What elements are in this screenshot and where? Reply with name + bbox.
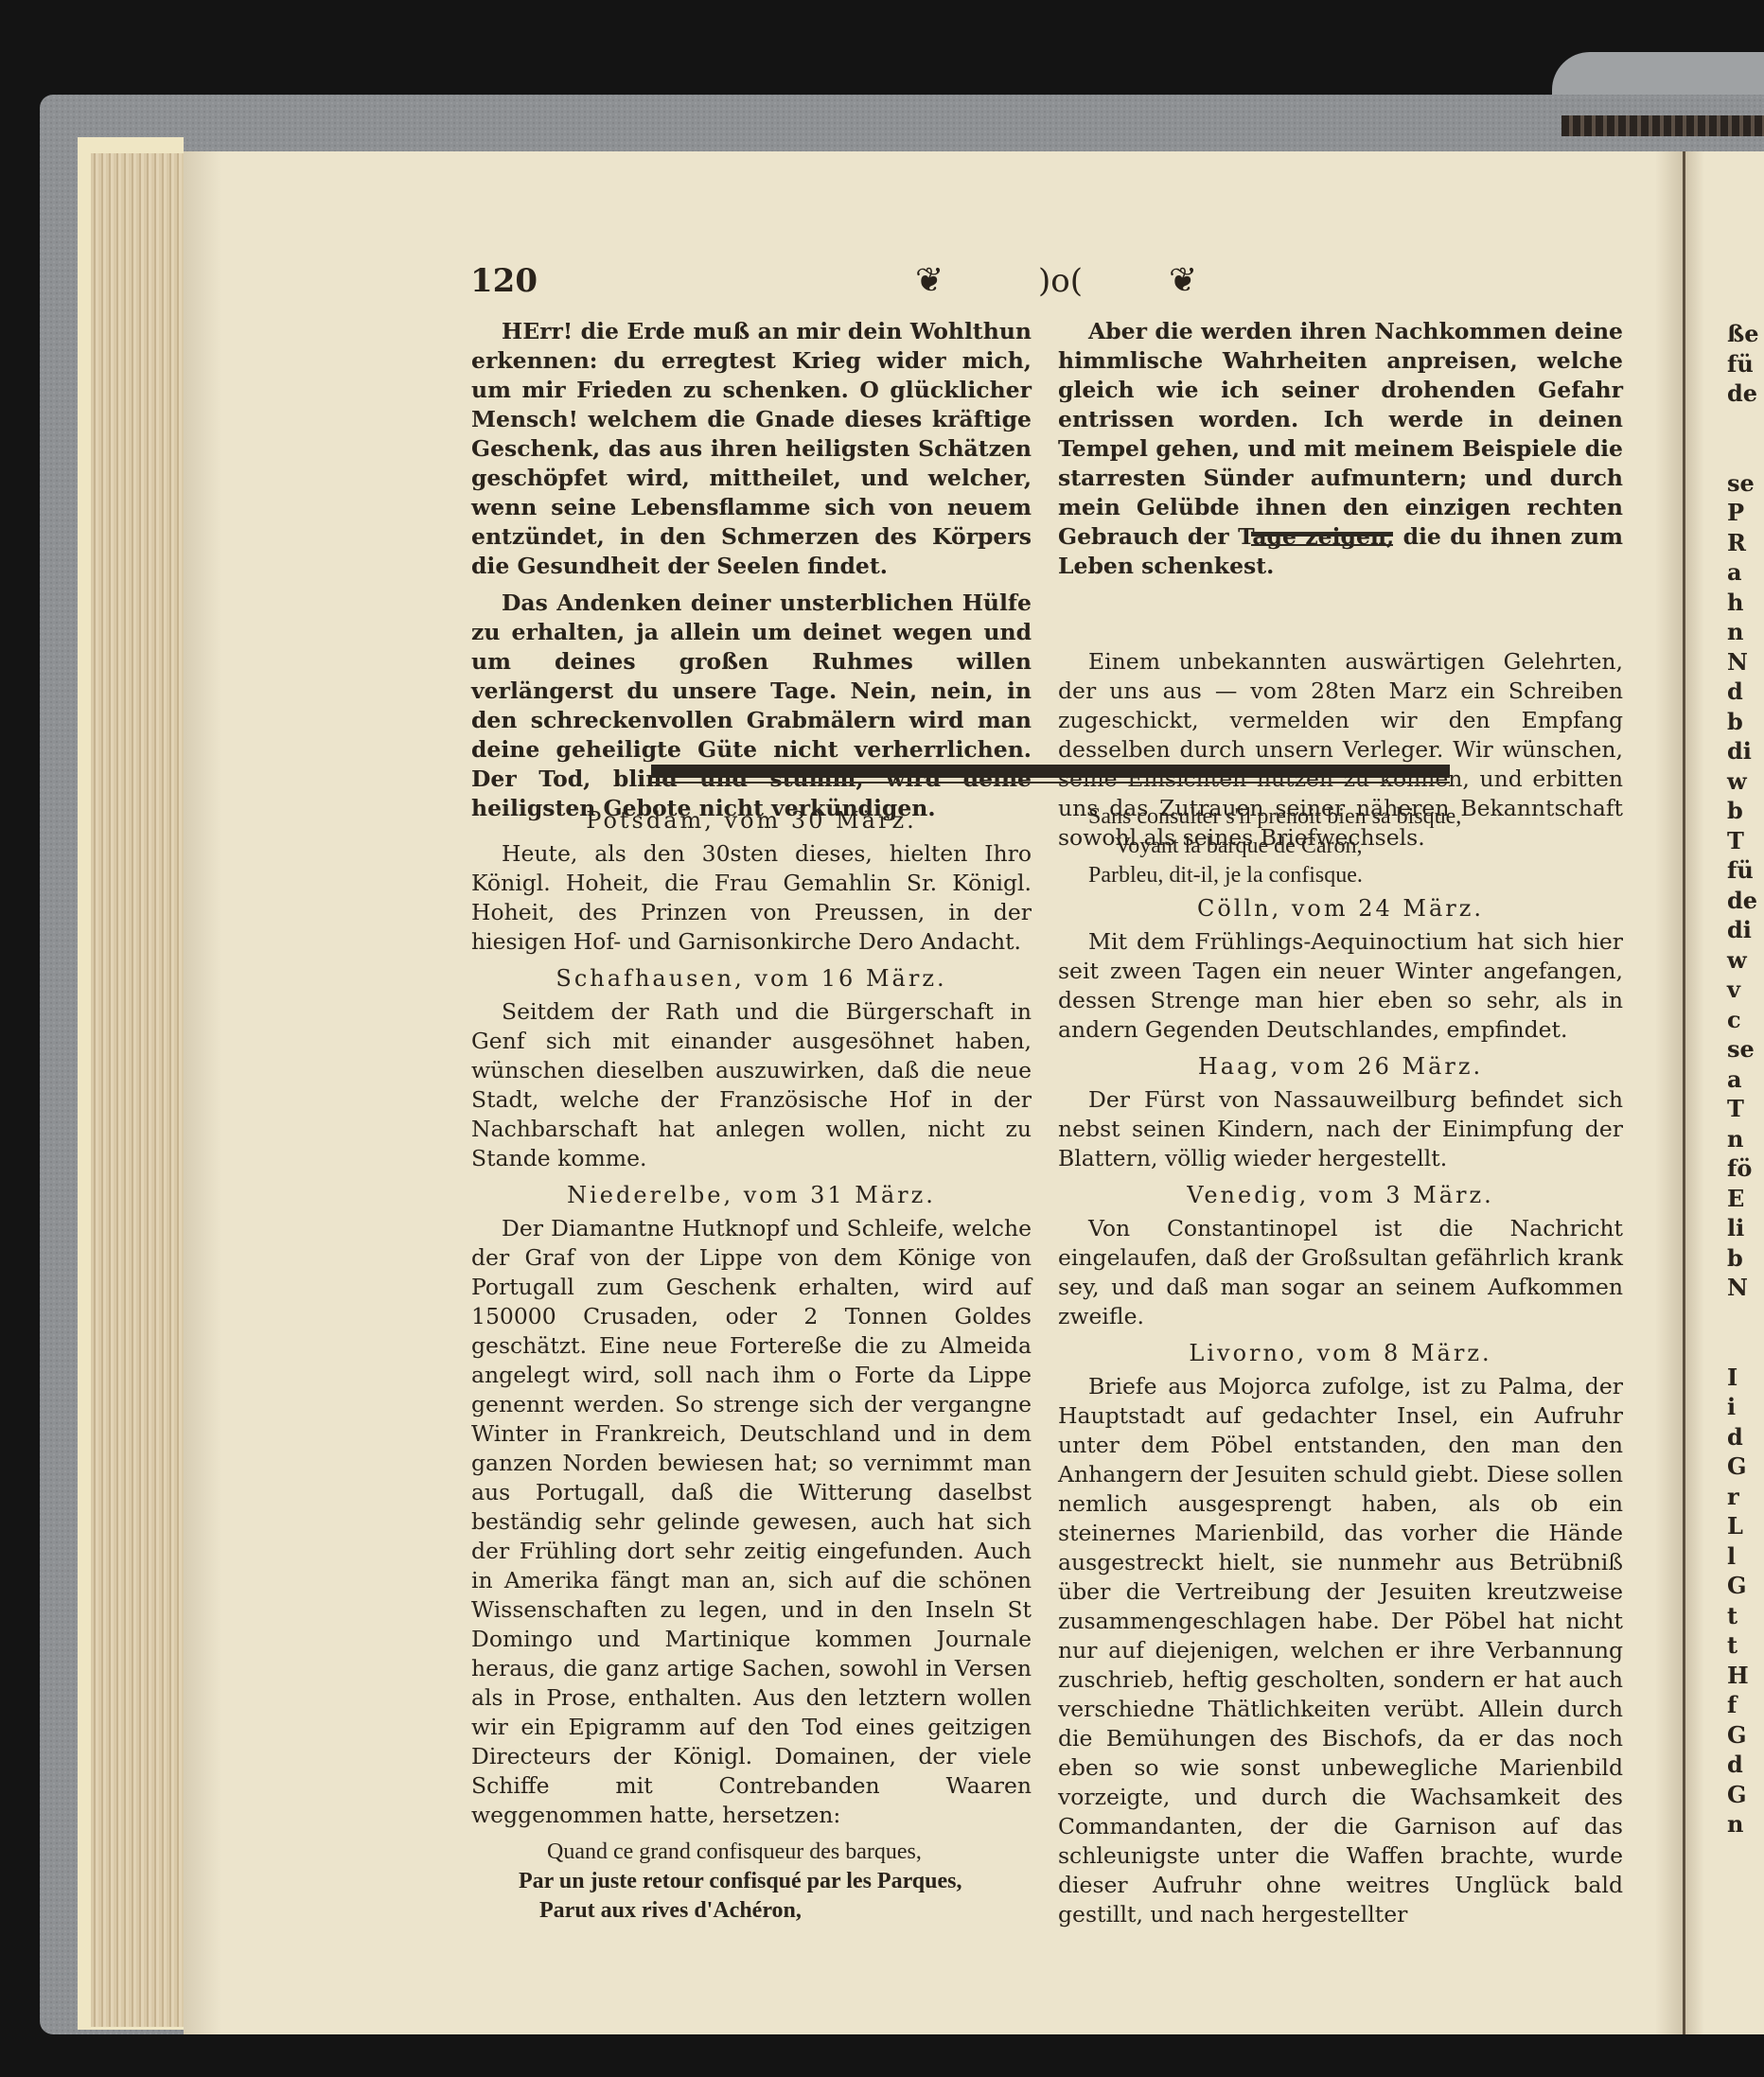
verse-line: Parbleu, dit-il, je la confisque.: [1058, 861, 1623, 890]
dateline-niederelbe: Niederelbe, vom 31 März.: [471, 1181, 1032, 1210]
facing-page-fragment: a: [1727, 1065, 1742, 1093]
dateline-haag: Haag, vom 26 März.: [1058, 1052, 1623, 1082]
facing-page-fragment: G: [1727, 1452, 1747, 1480]
section-divider-thin: [651, 782, 1450, 783]
facing-page-fragment: de: [1727, 887, 1757, 914]
dateline-potsdam: Potsdam, vom 30 März.: [471, 806, 1032, 836]
news-item: Briefe aus Mojorca zufolge, ist zu Palma…: [1058, 1372, 1623, 1929]
facing-page-fragment: H: [1727, 1662, 1749, 1689]
facing-page-fragment: b: [1727, 797, 1743, 824]
facing-page-fragment: N: [1727, 648, 1748, 676]
facing-page-fragment: d: [1727, 678, 1743, 705]
facing-page-fragment: b: [1727, 708, 1743, 735]
verse-line: Sans consulter s'il prenoit bien sa bisq…: [1058, 802, 1623, 832]
facing-page-fragment: ße: [1727, 320, 1759, 347]
news-item: Mit dem Frühlings-Aequinoctium hat sich …: [1058, 927, 1623, 1045]
facing-page-fragment: n: [1727, 1125, 1743, 1153]
facing-page-fragment: n: [1727, 618, 1743, 645]
news-item: Der Fürst von Nassauweilburg befindet si…: [1058, 1085, 1623, 1173]
facing-page-strip: ßefüdesePRahnNdbdiwbTfüdediwvcseaTnföEli…: [1685, 151, 1764, 2034]
facing-page-fragment: f: [1727, 1691, 1737, 1718]
dateline-schafhausen: Schafhausen, vom 16 März.: [471, 964, 1032, 994]
facing-page-fragment: l: [1727, 1542, 1736, 1570]
book-headband: [1561, 115, 1764, 136]
shell-ornament-icon: ❦: [1169, 260, 1197, 302]
facing-page-fragment: h: [1727, 589, 1743, 616]
epigram-verse: Quand ce grand confisqueur des barques, …: [471, 1838, 1032, 1926]
facing-page-fragment: i: [1727, 1393, 1736, 1420]
facing-page-fragment: G: [1727, 1572, 1747, 1599]
facing-page-fragment: a: [1727, 558, 1742, 586]
facing-page-fragment: d: [1727, 1423, 1743, 1451]
verse-line: Quand ce grand confisqueur des barques,: [471, 1838, 1032, 1867]
verse-line: Voyant la barque de Caron,: [1058, 832, 1623, 861]
news-item: Heute, als den 30sten dieses, hielten Ih…: [471, 839, 1032, 957]
facing-page-fragment: w: [1727, 767, 1747, 795]
page-number: 120: [470, 262, 538, 300]
facing-page-fragment: t: [1727, 1602, 1738, 1629]
facing-page-fragment: w: [1727, 946, 1747, 974]
section-divider-thick: [651, 765, 1450, 778]
facing-page-fragment: se: [1727, 469, 1755, 497]
facing-page-fragment: T: [1727, 1095, 1744, 1122]
shell-ornament-icon: ❦: [915, 260, 944, 302]
facing-page-fragment: r: [1727, 1483, 1739, 1510]
facing-page-fragment: G: [1727, 1781, 1747, 1808]
verse-line: Par un juste retour confisqué par les Pa…: [471, 1867, 1032, 1896]
prayer-column-left: HErr! die Erde muß an mir dein Wohlthun …: [471, 317, 1032, 831]
news-item: Der Diamantne Hutknopf und Schleife, wel…: [471, 1214, 1032, 1830]
facing-page-fragment: fü: [1727, 350, 1754, 378]
facing-page-fragment: P: [1727, 499, 1744, 526]
page-header: 120 ❦ )o( ❦: [470, 260, 1644, 308]
section-divider-small: [1251, 532, 1393, 546]
facing-page-fragment: b: [1727, 1244, 1743, 1272]
news-column-left: Potsdam, vom 30 März. Heute, als den 30s…: [471, 802, 1032, 1926]
facing-page-fragment: N: [1727, 1274, 1748, 1301]
facing-page-fragment: de: [1727, 379, 1757, 407]
facing-page-fragment: fö: [1727, 1154, 1752, 1182]
page-fore-edge: [91, 153, 184, 2027]
paragraph: Das Andenken deiner unsterblichen Hülfe …: [471, 589, 1032, 823]
facing-page-fragment: G: [1727, 1721, 1747, 1749]
facing-page-fragment: T: [1727, 827, 1744, 854]
epigram-verse-continued: Sans consulter s'il prenoit bien sa bisq…: [1058, 802, 1623, 890]
facing-page-fragment: di: [1727, 916, 1752, 943]
facing-page-fragment: di: [1727, 737, 1752, 765]
prayer-column-right: Aber die werden ihren Nachkommen deine h…: [1058, 317, 1623, 860]
facing-page-fragment: t: [1727, 1631, 1738, 1659]
facing-page-fragment: R: [1727, 529, 1746, 556]
facing-page-fragment: I: [1727, 1364, 1738, 1391]
center-ornament-icon: )o(: [1038, 260, 1083, 302]
facing-page-fragment: d: [1727, 1751, 1743, 1778]
paragraph: HErr! die Erde muß an mir dein Wohlthun …: [471, 317, 1032, 581]
news-column-right: Sans consulter s'il prenoit bien sa bisq…: [1058, 802, 1623, 1937]
facing-page-fragment: se: [1727, 1035, 1755, 1063]
facing-page-fragment: fü: [1727, 856, 1754, 884]
news-item: Von Constantinopel ist die Nachricht ein…: [1058, 1214, 1623, 1331]
facing-page-fragment: E: [1727, 1185, 1744, 1212]
dateline-livorno: Livorno, vom 8 März.: [1058, 1339, 1623, 1368]
news-item: Seitdem der Rath und die Bürgerschaft in…: [471, 997, 1032, 1173]
verse-line: Parut aux rives d'Achéron,: [471, 1896, 1032, 1926]
facing-page-fragment: L: [1727, 1512, 1743, 1540]
dateline-coelln: Cölln, vom 24 März.: [1058, 894, 1623, 924]
facing-page-fragment: v: [1727, 976, 1740, 1003]
facing-page-fragment: li: [1727, 1214, 1744, 1241]
facing-page-fragment: n: [1727, 1810, 1743, 1838]
dateline-venedig: Venedig, vom 3 März.: [1058, 1181, 1623, 1210]
facing-page-fragment: c: [1727, 1006, 1741, 1033]
